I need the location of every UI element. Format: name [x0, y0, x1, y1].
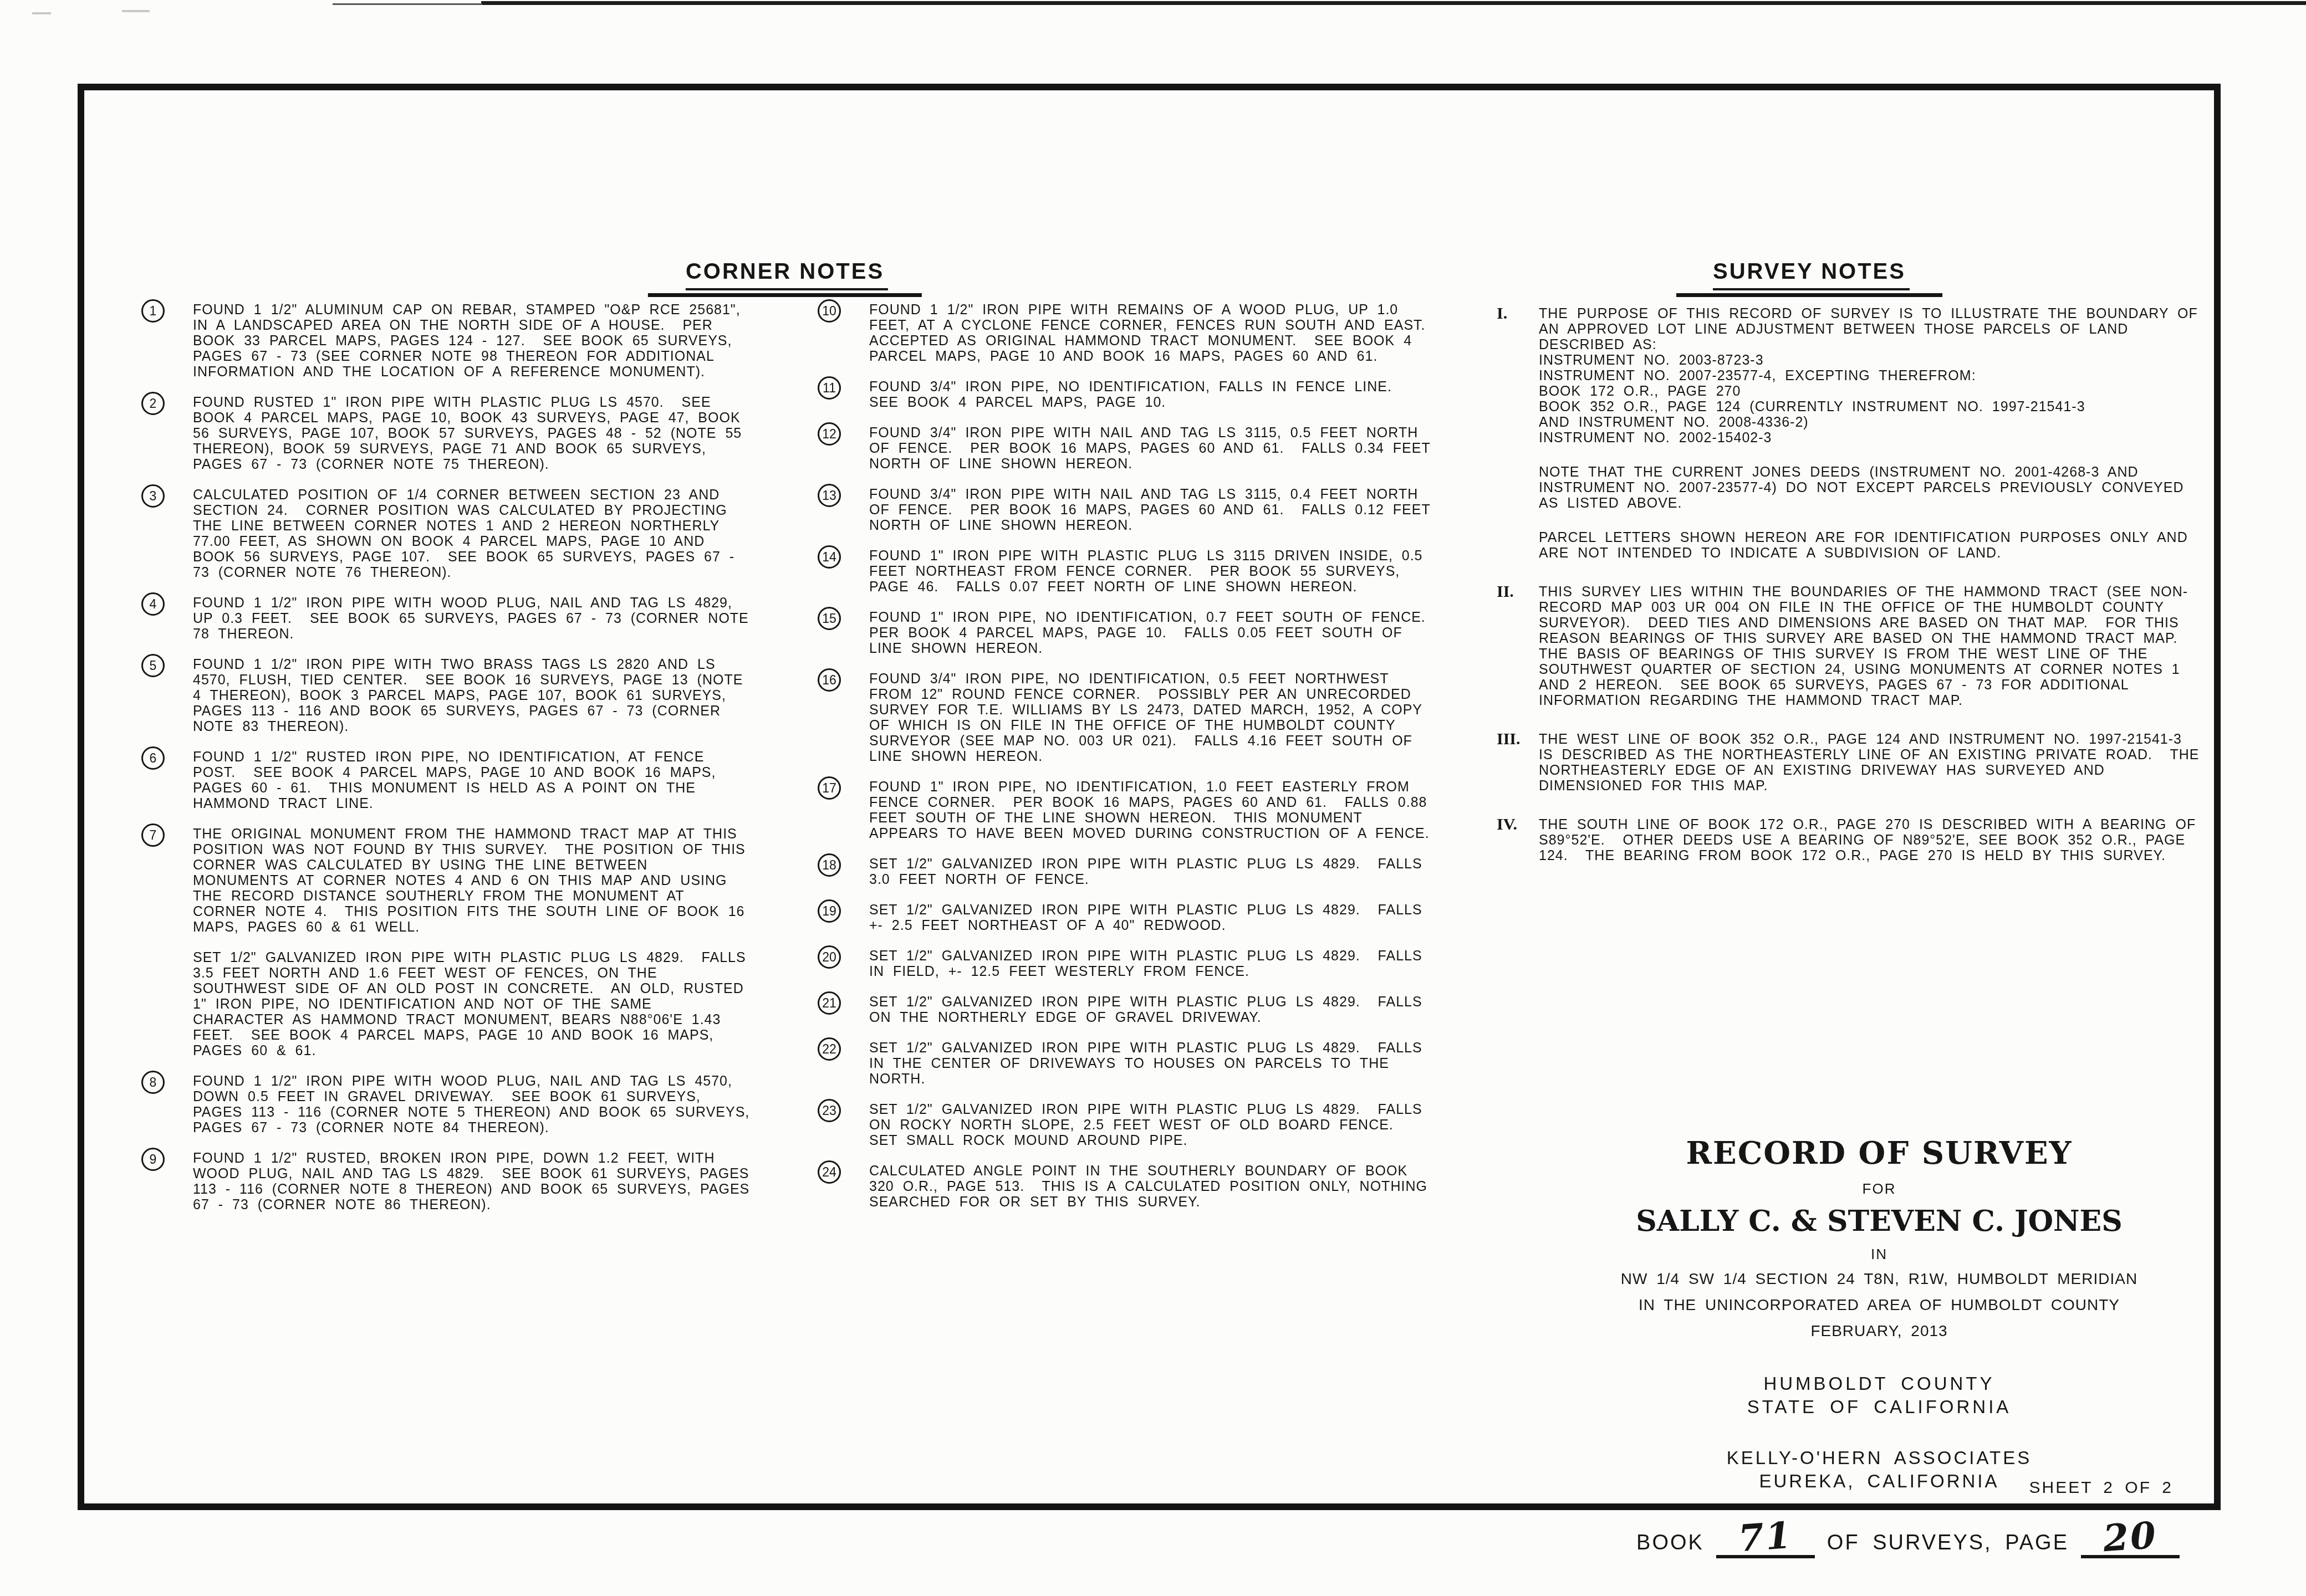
book-label: BOOK: [1636, 1531, 1704, 1558]
survey-note-item: I. THE PURPOSE OF THIS RECORD OF SURVEY …: [1497, 306, 2200, 561]
note-text: CALCULATED POSITION OF 1/4 CORNER BETWEE…: [193, 487, 750, 580]
corner-note-item: 24 CALCULATED ANGLE POINT IN THE SOUTHER…: [818, 1163, 1437, 1210]
survey-note-numeral: IV.: [1497, 817, 1539, 832]
corner-note-item: 2 FOUND RUSTED 1" IRON PIPE WITH PLASTIC…: [141, 395, 750, 472]
note-text: THE ORIGINAL MONUMENT FROM THE HAMMOND T…: [193, 826, 750, 1058]
note-number-cell: 24: [818, 1163, 869, 1184]
page-number-handwritten: 20: [2102, 1518, 2159, 1556]
note-paragraph: FOUND 1 1/2" IRON PIPE WITH WOOD PLUG, N…: [193, 595, 750, 642]
corner-note-item: 23 SET 1/2" GALVANIZED IRON PIPE WITH PL…: [818, 1102, 1437, 1148]
corner-note-item: 7 THE ORIGINAL MONUMENT FROM THE HAMMOND…: [141, 826, 750, 1058]
corner-note-item: 17 FOUND 1" IRON PIPE, NO IDENTIFICATION…: [818, 779, 1437, 841]
note-number-badge: 15: [818, 607, 841, 630]
note-text: FOUND 3/4" IRON PIPE, NO IDENTIFICATION,…: [869, 671, 1437, 764]
note-number-badge: 17: [818, 776, 841, 800]
survey-notes-header: SURVEY NOTES: [1713, 259, 1906, 297]
survey-note-item: II. THIS SURVEY LIES WITHIN THE BOUNDARI…: [1497, 584, 2200, 708]
note-number-cell: 11: [818, 379, 869, 400]
note-number-badge: 5: [141, 654, 165, 677]
corner-note-item: 12 FOUND 3/4" IRON PIPE WITH NAIL AND TA…: [818, 425, 1437, 472]
county-line-2: STATE OF CALIFORNIA: [1558, 1395, 2201, 1419]
survey-note-paragraph: INSTRUMENT NO. 2007-23577-4, EXCEPTING T…: [1539, 368, 2200, 383]
note-paragraph: SET 1/2" GALVANIZED IRON PIPE WITH PLAST…: [869, 948, 1437, 979]
note-number-badge: 2: [141, 392, 165, 415]
note-number-cell: 3: [141, 487, 193, 508]
note-number-badge: 8: [141, 1071, 165, 1094]
survey-note-text: THE SOUTH LINE OF BOOK 172 O.R., PAGE 27…: [1539, 817, 2200, 863]
note-paragraph: SET 1/2" GALVANIZED IRON PIPE WITH PLAST…: [869, 1040, 1437, 1087]
header-underline-thick: [1676, 293, 1942, 297]
survey-note-paragraph: THE WEST LINE OF BOOK 352 O.R., PAGE 124…: [1539, 731, 2200, 794]
note-number-badge: 21: [818, 991, 841, 1015]
corner-notes-header: CORNER NOTES: [686, 259, 884, 297]
note-number-cell: 23: [818, 1102, 869, 1122]
note-number-badge: 24: [818, 1160, 841, 1184]
note-number-cell: 13: [818, 487, 869, 507]
survey-note-paragraph: BOOK 352 O.R., PAGE 124 (CURRENTLY INSTR…: [1539, 399, 2200, 415]
county-line-1: HUMBOLDT COUNTY: [1558, 1372, 2201, 1395]
note-paragraph: SET 1/2" GALVANIZED IRON PIPE WITH PLAST…: [869, 902, 1437, 933]
corner-notes-column-2: 10 FOUND 1 1/2" IRON PIPE WITH REMAINS O…: [818, 302, 1437, 1210]
note-number-badge: 18: [818, 853, 841, 877]
note-paragraph: FOUND 1 1/2" RUSTED IRON PIPE, NO IDENTI…: [193, 749, 750, 811]
record-of-survey-sheet: CORNER NOTES SURVEY NOTES 1 FOUND 1 1/2"…: [0, 0, 2306, 1596]
note-paragraph: FOUND 3/4" IRON PIPE WITH NAIL AND TAG L…: [869, 487, 1437, 533]
note-text: SET 1/2" GALVANIZED IRON PIPE WITH PLAST…: [869, 1102, 1437, 1148]
note-number-badge: 14: [818, 545, 841, 569]
note-paragraph: CALCULATED ANGLE POINT IN THE SOUTHERLY …: [869, 1163, 1437, 1210]
note-paragraph: FOUND 1" IRON PIPE, NO IDENTIFICATION, 0…: [869, 610, 1437, 656]
corner-note-item: 14 FOUND 1" IRON PIPE WITH PLASTIC PLUG …: [818, 548, 1437, 595]
note-paragraph: FOUND 1 1/2" IRON PIPE WITH WOOD PLUG, N…: [193, 1073, 750, 1135]
note-paragraph: FOUND 1" IRON PIPE, NO IDENTIFICATION, 1…: [869, 779, 1437, 841]
note-number-badge: 22: [818, 1037, 841, 1061]
title-in-label: IN: [1558, 1246, 2201, 1263]
note-text: CALCULATED ANGLE POINT IN THE SOUTHERLY …: [869, 1163, 1437, 1210]
corner-note-item: 9 FOUND 1 1/2" RUSTED, BROKEN IRON PIPE,…: [141, 1150, 750, 1213]
note-number-cell: 4: [141, 595, 193, 616]
book-number-handwritten: 71: [1737, 1518, 1794, 1556]
location-line-2: IN THE UNINCORPORATED AREA OF HUMBOLDT C…: [1558, 1295, 2201, 1315]
note-number-badge: 23: [818, 1099, 841, 1122]
note-number-cell: 6: [141, 749, 193, 770]
survey-note-paragraph: THIS SURVEY LIES WITHIN THE BOUNDARIES O…: [1539, 584, 2200, 708]
survey-note-item: IV. THE SOUTH LINE OF BOOK 172 O.R., PAG…: [1497, 817, 2200, 863]
note-text: FOUND 3/4" IRON PIPE WITH NAIL AND TAG L…: [869, 425, 1437, 472]
survey-note-paragraph: THE PURPOSE OF THIS RECORD OF SURVEY IS …: [1539, 306, 2200, 352]
note-text: FOUND 1 1/2" IRON PIPE WITH WOOD PLUG, N…: [193, 595, 750, 642]
corner-note-item: 11 FOUND 3/4" IRON PIPE, NO IDENTIFICATI…: [818, 379, 1437, 410]
note-text: SET 1/2" GALVANIZED IRON PIPE WITH PLAST…: [869, 1040, 1437, 1087]
survey-note-text: THIS SURVEY LIES WITHIN THE BOUNDARIES O…: [1539, 584, 2200, 708]
note-text: FOUND 1 1/2" IRON PIPE WITH REMAINS OF A…: [869, 302, 1437, 364]
note-text: FOUND 1" IRON PIPE, NO IDENTIFICATION, 1…: [869, 779, 1437, 841]
note-text: FOUND 1 1/2" RUSTED IRON PIPE, NO IDENTI…: [193, 749, 750, 811]
page-number-blank: 20: [2081, 1520, 2180, 1558]
note-number-cell: 1: [141, 302, 193, 323]
book-page-line: BOOK 71 OF SURVEYS, PAGE 20: [1636, 1520, 2180, 1558]
note-number-cell: 14: [818, 548, 869, 569]
header-underline-thin: [686, 288, 888, 290]
corner-note-item: 22 SET 1/2" GALVANIZED IRON PIPE WITH PL…: [818, 1040, 1437, 1087]
header-underline-thin: [1713, 288, 1910, 290]
survey-note-paragraph: PARCEL LETTERS SHOWN HEREON ARE FOR IDEN…: [1539, 530, 2200, 561]
note-paragraph: FOUND 1 1/2" ALUMINUM CAP ON REBAR, STAM…: [193, 302, 750, 380]
corner-note-item: 19 SET 1/2" GALVANIZED IRON PIPE WITH PL…: [818, 902, 1437, 933]
note-number-badge: 19: [818, 899, 841, 923]
corner-note-item: 6 FOUND 1 1/2" RUSTED IRON PIPE, NO IDEN…: [141, 749, 750, 811]
note-number-badge: 7: [141, 823, 165, 847]
corner-note-item: 3 CALCULATED POSITION OF 1/4 CORNER BETW…: [141, 487, 750, 580]
client-name: SALLY C. & STEVEN C. JONES: [1558, 1204, 2201, 1238]
corner-notes-title: CORNER NOTES: [686, 259, 884, 284]
note-number-cell: 7: [141, 826, 193, 847]
corner-note-item: 1 FOUND 1 1/2" ALUMINUM CAP ON REBAR, ST…: [141, 302, 750, 380]
corner-note-item: 5 FOUND 1 1/2" IRON PIPE WITH TWO BRASS …: [141, 657, 750, 734]
note-number-cell: 21: [818, 994, 869, 1015]
note-text: FOUND 1 1/2" IRON PIPE WITH WOOD PLUG, N…: [193, 1073, 750, 1135]
note-text: SET 1/2" GALVANIZED IRON PIPE WITH PLAST…: [869, 902, 1437, 933]
note-paragraph: SET 1/2" GALVANIZED IRON PIPE WITH PLAST…: [869, 856, 1437, 887]
note-number-badge: 16: [818, 668, 841, 692]
note-text: FOUND 1" IRON PIPE WITH PLASTIC PLUG LS …: [869, 548, 1437, 595]
note-number-cell: 9: [141, 1150, 193, 1171]
header-underline-thick: [648, 293, 922, 297]
note-text: SET 1/2" GALVANIZED IRON PIPE WITH PLAST…: [869, 948, 1437, 979]
note-text: FOUND RUSTED 1" IRON PIPE WITH PLASTIC P…: [193, 395, 750, 472]
note-number-badge: 6: [141, 746, 165, 770]
note-number-cell: 8: [141, 1073, 193, 1094]
note-paragraph: FOUND RUSTED 1" IRON PIPE WITH PLASTIC P…: [193, 395, 750, 472]
note-paragraph: SET 1/2" GALVANIZED IRON PIPE WITH PLAST…: [869, 994, 1437, 1025]
scan-artifact-line-tail: [333, 3, 482, 5]
sheet-number-label: SHEET 2 OF 2: [2029, 1479, 2173, 1497]
scan-speck: [32, 12, 51, 14]
note-text: SET 1/2" GALVANIZED IRON PIPE WITH PLAST…: [869, 994, 1437, 1025]
note-number-badge: 11: [818, 376, 841, 400]
scan-artifact-line: [481, 1, 2306, 5]
note-text: FOUND 3/4" IRON PIPE WITH NAIL AND TAG L…: [869, 487, 1437, 533]
survey-notes-column: I. THE PURPOSE OF THIS RECORD OF SURVEY …: [1497, 306, 2200, 863]
title-for-label: FOR: [1558, 1180, 2201, 1198]
survey-note-item: III. THE WEST LINE OF BOOK 352 O.R., PAG…: [1497, 731, 2200, 794]
corner-note-item: 16 FOUND 3/4" IRON PIPE, NO IDENTIFICATI…: [818, 671, 1437, 764]
note-text: FOUND 1 1/2" IRON PIPE WITH TWO BRASS TA…: [193, 657, 750, 734]
note-number-cell: 16: [818, 671, 869, 692]
note-number-cell: 2: [141, 395, 193, 415]
survey-note-text: THE WEST LINE OF BOOK 352 O.R., PAGE 124…: [1539, 731, 2200, 794]
survey-note-text: THE PURPOSE OF THIS RECORD OF SURVEY IS …: [1539, 306, 2200, 561]
note-paragraph: THE ORIGINAL MONUMENT FROM THE HAMMOND T…: [193, 826, 750, 935]
corner-note-item: 8 FOUND 1 1/2" IRON PIPE WITH WOOD PLUG,…: [141, 1073, 750, 1135]
survey-note-paragraph: AND INSTRUMENT NO. 2008-4336-2): [1539, 415, 2200, 430]
note-number-cell: 12: [818, 425, 869, 446]
note-number-cell: 5: [141, 657, 193, 677]
note-number-badge: 4: [141, 592, 165, 616]
survey-note-paragraph: BOOK 172 O.R., PAGE 270: [1539, 383, 2200, 399]
note-paragraph: SET 1/2" GALVANIZED IRON PIPE WITH PLAST…: [869, 1102, 1437, 1148]
note-number-cell: 19: [818, 902, 869, 923]
note-number-badge: 9: [141, 1148, 165, 1171]
note-paragraph: FOUND 1 1/2" RUSTED, BROKEN IRON PIPE, D…: [193, 1150, 750, 1213]
corner-note-item: 21 SET 1/2" GALVANIZED IRON PIPE WITH PL…: [818, 994, 1437, 1025]
note-text: FOUND 1" IRON PIPE, NO IDENTIFICATION, 0…: [869, 610, 1437, 656]
note-paragraph: SET 1/2" GALVANIZED IRON PIPE WITH PLAST…: [193, 950, 750, 1058]
note-paragraph: CALCULATED POSITION OF 1/4 CORNER BETWEE…: [193, 487, 750, 580]
survey-notes-title: SURVEY NOTES: [1713, 259, 1906, 284]
survey-note-numeral: III.: [1497, 731, 1539, 747]
corner-note-item: 13 FOUND 3/4" IRON PIPE WITH NAIL AND TA…: [818, 487, 1437, 533]
note-paragraph: FOUND 3/4" IRON PIPE, NO IDENTIFICATION,…: [869, 379, 1437, 410]
note-number-cell: 10: [818, 302, 869, 323]
note-number-badge: 12: [818, 422, 841, 446]
note-paragraph: FOUND 1" IRON PIPE WITH PLASTIC PLUG LS …: [869, 548, 1437, 595]
note-number-badge: 10: [818, 299, 841, 323]
note-text: FOUND 3/4" IRON PIPE, NO IDENTIFICATION,…: [869, 379, 1437, 410]
book-number-blank: 71: [1716, 1520, 1815, 1558]
note-paragraph: FOUND 3/4" IRON PIPE, NO IDENTIFICATION,…: [869, 671, 1437, 764]
survey-note-paragraph: INSTRUMENT NO. 2003-8723-3: [1539, 352, 2200, 368]
corner-note-item: 18 SET 1/2" GALVANIZED IRON PIPE WITH PL…: [818, 856, 1437, 887]
note-number-badge: 1: [141, 299, 165, 323]
firm-line-1: KELLY-O'HERN ASSOCIATES: [1558, 1446, 2201, 1470]
note-number-cell: 20: [818, 948, 869, 969]
survey-note-paragraph: NOTE THAT THE CURRENT JONES DEEDS (INSTR…: [1539, 464, 2200, 511]
corner-note-item: 4 FOUND 1 1/2" IRON PIPE WITH WOOD PLUG,…: [141, 595, 750, 642]
note-paragraph: FOUND 1 1/2" IRON PIPE WITH REMAINS OF A…: [869, 302, 1437, 364]
date-line: FEBRUARY, 2013: [1558, 1321, 2201, 1341]
note-number-cell: 15: [818, 610, 869, 630]
note-number-badge: 20: [818, 945, 841, 969]
note-text: FOUND 1 1/2" ALUMINUM CAP ON REBAR, STAM…: [193, 302, 750, 380]
survey-note-numeral: I.: [1497, 306, 1539, 321]
note-number-cell: 22: [818, 1040, 869, 1061]
note-number-badge: 3: [141, 484, 165, 508]
scan-speck: [122, 10, 150, 12]
title-block: RECORD OF SURVEY FOR SALLY C. & STEVEN C…: [1558, 1135, 2201, 1493]
location-line-1: NW 1/4 SW 1/4 SECTION 24 T8N, R1W, HUMBO…: [1558, 1268, 2201, 1289]
surveys-page-label: OF SURVEYS, PAGE: [1827, 1531, 2069, 1558]
note-text: FOUND 1 1/2" RUSTED, BROKEN IRON PIPE, D…: [193, 1150, 750, 1213]
note-paragraph: FOUND 1 1/2" IRON PIPE WITH TWO BRASS TA…: [193, 657, 750, 734]
note-text: SET 1/2" GALVANIZED IRON PIPE WITH PLAST…: [869, 856, 1437, 887]
note-number-badge: 13: [818, 484, 841, 507]
survey-note-numeral: II.: [1497, 584, 1539, 600]
survey-note-paragraph: THE SOUTH LINE OF BOOK 172 O.R., PAGE 27…: [1539, 817, 2200, 863]
note-paragraph: FOUND 3/4" IRON PIPE WITH NAIL AND TAG L…: [869, 425, 1437, 472]
survey-note-paragraph: INSTRUMENT NO. 2002-15402-3: [1539, 430, 2200, 446]
note-number-cell: 17: [818, 779, 869, 800]
corner-notes-column-1: 1 FOUND 1 1/2" ALUMINUM CAP ON REBAR, ST…: [141, 302, 750, 1213]
page-title: RECORD OF SURVEY: [1558, 1135, 2201, 1172]
corner-note-item: 15 FOUND 1" IRON PIPE, NO IDENTIFICATION…: [818, 610, 1437, 656]
note-number-cell: 18: [818, 856, 869, 877]
corner-note-item: 20 SET 1/2" GALVANIZED IRON PIPE WITH PL…: [818, 948, 1437, 979]
corner-note-item: 10 FOUND 1 1/2" IRON PIPE WITH REMAINS O…: [818, 302, 1437, 364]
